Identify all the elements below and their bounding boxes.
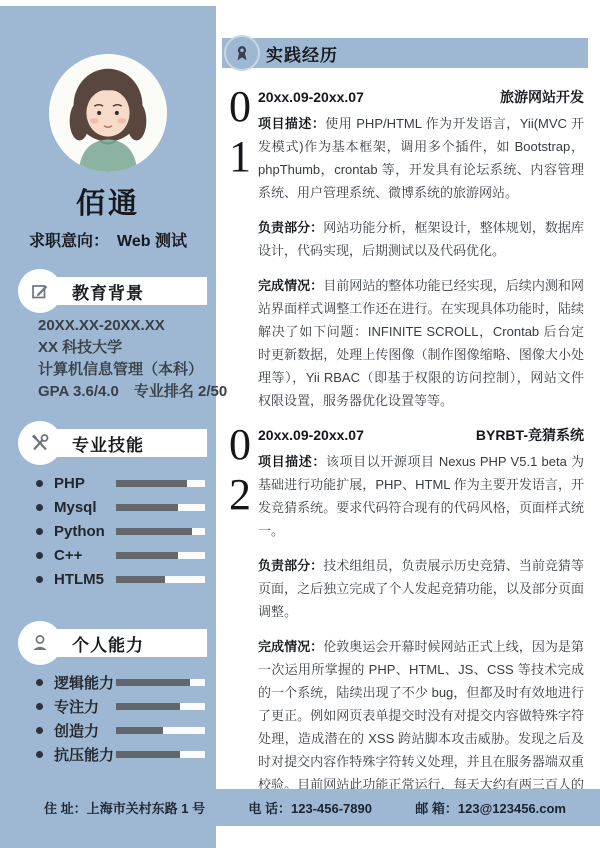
experience-item-2: 0 2 20xx.09-20xx.07 BYRBT-竞猜系统 项目描述：该项目以… [222, 424, 588, 819]
ability-bar [116, 679, 205, 686]
digit: 0 [229, 420, 251, 470]
education-header: 教育背景 [28, 277, 207, 305]
objective-label: 求职意向： [29, 233, 109, 250]
phone-value: 123-456-7890 [291, 801, 372, 816]
abilities-header: 个人能力 [28, 629, 207, 657]
address-label: 住 址： [44, 801, 87, 816]
bullet-dot-icon [36, 504, 43, 511]
ability-row: 抗压能力 [0, 742, 216, 766]
ability-bar [116, 751, 205, 758]
experience-section-header: 实践经历 [222, 38, 588, 68]
medal-icon [224, 35, 260, 71]
experience-project: BYRBT-竞猜系统 [476, 424, 584, 446]
education-section: 教育背景 20XX.XX-20XX.XX XX 科技大学 计算机信息管理（本科）… [0, 277, 216, 403]
experience-body: 20xx.09-20xx.07 BYRBT-竞猜系统 项目描述：该项目以开源项目… [258, 424, 588, 819]
skill-row: HTLM5 [0, 567, 216, 591]
ability-bar-fill [116, 727, 163, 734]
skill-row: Mysql [0, 495, 216, 519]
address-value: 上海市关村东路 1 号 [87, 801, 205, 816]
woman-portrait-illustration [49, 54, 167, 172]
person-name: 佰通 [0, 181, 216, 222]
experience-project: 旅游网站开发 [500, 86, 584, 108]
ability-bar [116, 727, 205, 734]
experience-item-1: 0 1 20xx.09-20xx.07 旅游网站开发 项目描述：使用 PHP/H… [222, 86, 588, 412]
digit: 1 [229, 132, 251, 182]
skill-label: HTLM5 [54, 571, 116, 588]
paragraph-label: 完成情况： [258, 278, 323, 293]
experience-body: 20xx.09-20xx.07 旅游网站开发 项目描述：使用 PHP/HTML … [258, 86, 588, 412]
skill-label: C++ [54, 547, 116, 564]
avatar [49, 54, 167, 172]
skill-bar [116, 576, 205, 583]
experience-head: 20xx.09-20xx.07 旅游网站开发 [258, 86, 584, 108]
abilities-title: 个人能力 [72, 631, 144, 656]
paragraph-label: 项目描述： [258, 116, 325, 131]
experience-title: 实践经历 [266, 41, 338, 66]
skill-bar [116, 552, 205, 559]
digit: 0 [229, 82, 251, 132]
ability-label: 逻辑能力 [54, 672, 116, 693]
tools-icon [18, 421, 62, 465]
paragraph: 完成情况：目前网站的整体功能已经实现，后续内测和网站界面样式调整工作还在进行。在… [258, 274, 584, 412]
ability-bar-fill [116, 703, 180, 710]
experience-date: 20xx.09-20xx.07 [258, 424, 364, 446]
education-title: 教育背景 [72, 279, 144, 304]
paragraph-text: 目前网站的整体功能已经实现，后续内测和网站界面样式调整工作还在进行。在实现具体功… [258, 278, 584, 408]
paragraph-label: 负责部分： [258, 220, 323, 235]
paragraph: 项目描述：使用 PHP/HTML 作为开发语言，Yii(MVC 开发模式)作为基… [258, 112, 584, 204]
skills-section: 专业技能 PHP Mysql Python C++ [0, 429, 216, 591]
skills-list: PHP Mysql Python C++ HTLM5 [0, 471, 216, 591]
email-value: 123@123456.com [458, 801, 566, 816]
ability-row: 创造力 [0, 718, 216, 742]
person-icon [18, 621, 62, 665]
bullet-dot-icon [36, 727, 43, 734]
contact-footer: 住 址：上海市关村东路 1 号 电 话：123-456-7890 邮 箱：123… [0, 789, 600, 826]
paragraph-label: 项目描述： [258, 454, 326, 469]
experience-number: 0 2 [222, 420, 258, 819]
experience-number: 0 1 [222, 82, 258, 412]
skill-bar-fill [116, 480, 187, 487]
skill-row: PHP [0, 471, 216, 495]
skill-row: Python [0, 519, 216, 543]
skill-bar [116, 480, 205, 487]
bullet-dot-icon [36, 552, 43, 559]
job-objective: 求职意向：Web 测试 [0, 228, 216, 251]
objective-value: Web 测试 [117, 233, 187, 250]
ability-bar-fill [116, 679, 190, 686]
phone-label: 电 话： [248, 801, 291, 816]
bullet-dot-icon [36, 576, 43, 583]
paragraph-label: 负责部分： [258, 558, 323, 573]
email-label: 邮 箱： [415, 801, 458, 816]
ability-bar-fill [116, 751, 180, 758]
paragraph: 负责部分：技术组组员，负责展示历史竞猜、当前竞猜等页面，之后独立完成了个人发起竞… [258, 554, 584, 623]
footer-address: 住 址：上海市关村东路 1 号 [44, 798, 205, 817]
bullet-dot-icon [36, 703, 43, 710]
skills-header: 专业技能 [28, 429, 207, 457]
ability-label: 专注力 [54, 696, 116, 717]
skill-row: C++ [0, 543, 216, 567]
bullet-dot-icon [36, 480, 43, 487]
footer-email: 邮 箱：123@123456.com [415, 798, 566, 817]
skill-bar-fill [116, 504, 178, 511]
skill-bar [116, 528, 205, 535]
skill-bar-fill [116, 576, 165, 583]
experience-date: 20xx.09-20xx.07 [258, 86, 364, 108]
bullet-dot-icon [36, 528, 43, 535]
experience-head: 20xx.09-20xx.07 BYRBT-竞猜系统 [258, 424, 584, 446]
skill-label: Python [54, 523, 116, 540]
digit: 2 [229, 470, 251, 520]
paragraph: 项目描述：该项目以开源项目 Nexus PHP V5.1 beta 为基础进行功… [258, 450, 584, 542]
skill-bar-fill [116, 552, 178, 559]
sidebar: 佰通 求职意向：Web 测试 教育背景 20XX.XX-20XX.XX XX 科… [0, 6, 216, 848]
experience-column: 实践经历 0 1 20xx.09-20xx.07 旅游网站开发 项目描述：使用 … [222, 0, 588, 789]
skill-bar [116, 504, 205, 511]
ability-row: 逻辑能力 [0, 670, 216, 694]
abilities-section: 个人能力 逻辑能力 专注力 创造力 抗压能力 [0, 629, 216, 766]
ability-label: 抗压能力 [54, 744, 116, 765]
abilities-list: 逻辑能力 专注力 创造力 抗压能力 [0, 670, 216, 766]
paragraph-label: 完成情况： [258, 639, 323, 654]
education-details: 20XX.XX-20XX.XX XX 科技大学 计算机信息管理（本科） GPA … [0, 315, 216, 403]
education-school: XX 科技大学 [38, 337, 216, 359]
education-gpa: GPA 3.6/4.0 专业排名 2/50 [38, 381, 216, 403]
ability-row: 专注力 [0, 694, 216, 718]
skill-label: PHP [54, 475, 116, 492]
paragraph: 负责部分：网站功能分析，框架设计，整体规划，数据库设计，代码实现，后期测试以及代… [258, 216, 584, 262]
skill-label: Mysql [54, 499, 116, 516]
ability-label: 创造力 [54, 720, 116, 741]
education-major: 计算机信息管理（本科） [38, 359, 216, 381]
skill-bar-fill [116, 528, 192, 535]
pencil-icon [18, 269, 62, 313]
ability-bar [116, 703, 205, 710]
skills-title: 专业技能 [72, 431, 144, 456]
footer-phone: 电 话：123-456-7890 [248, 798, 372, 817]
bullet-dot-icon [36, 751, 43, 758]
education-dates: 20XX.XX-20XX.XX [38, 315, 216, 337]
bullet-dot-icon [36, 679, 43, 686]
